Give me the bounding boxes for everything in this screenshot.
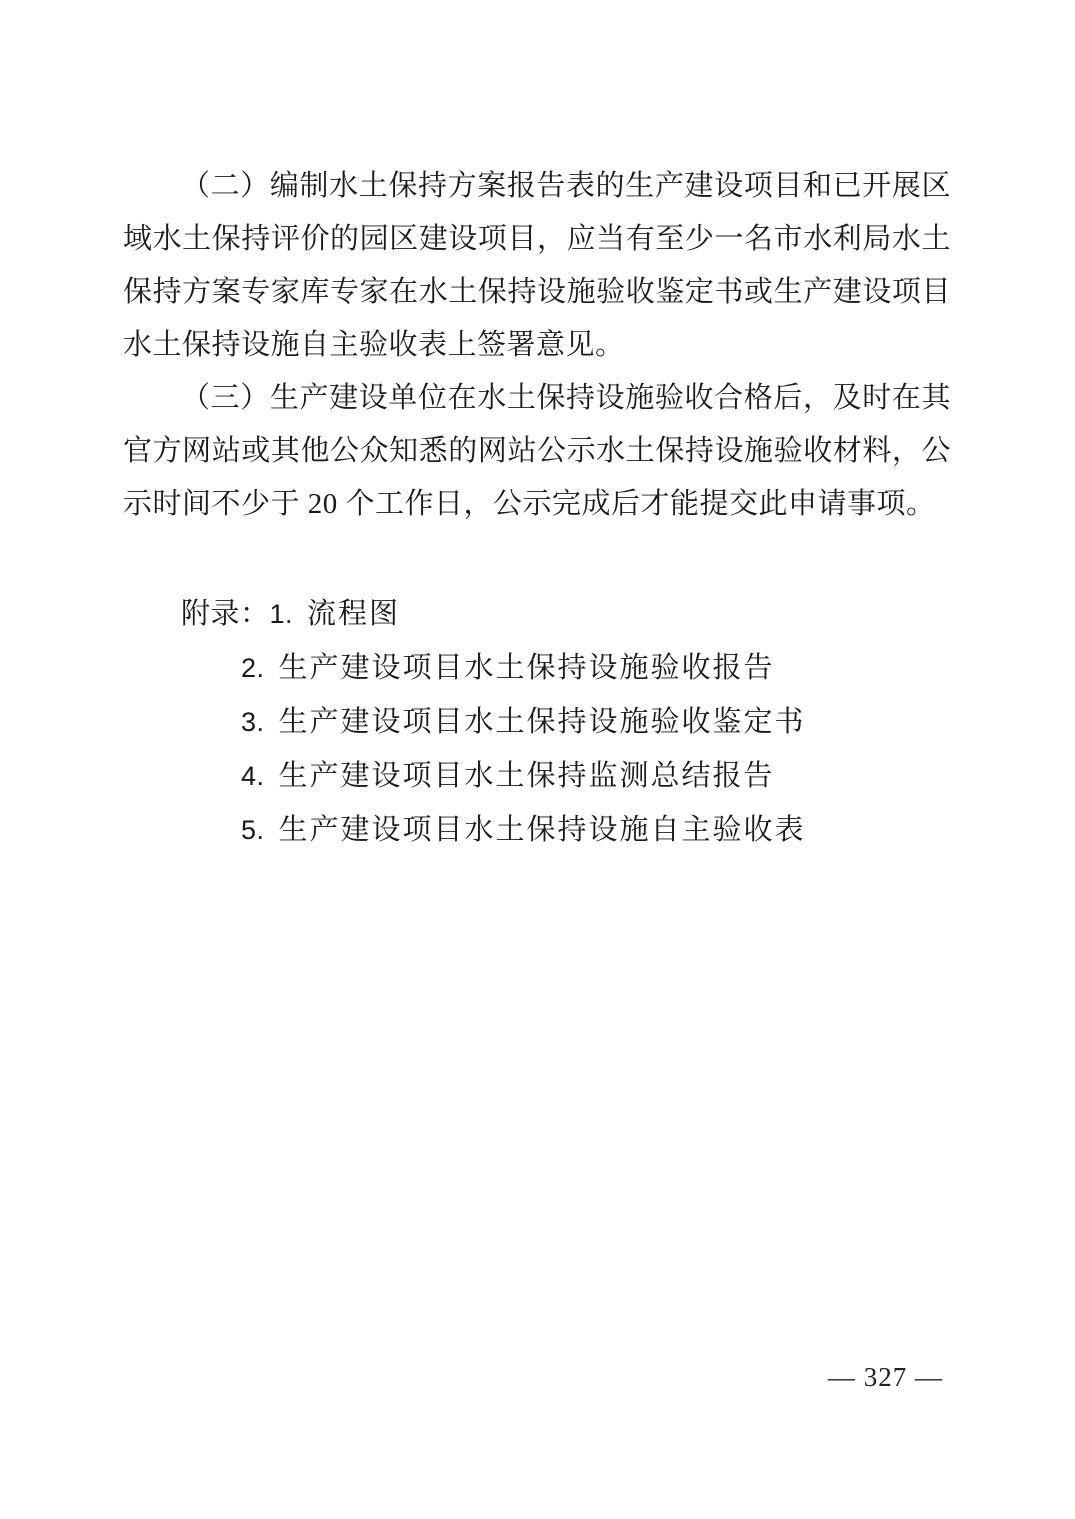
appendix-item-number: 5. [241, 803, 265, 857]
appendix-items: 2. 生产建设项目水土保持设施验收报告 3. 生产建设项目水土保持设施验收鉴定书… [123, 641, 951, 857]
document-body: （二）编制水土保持方案报告表的生产建设项目和已开展区域水土保持评价的园区建设项目… [123, 160, 951, 857]
page-number: — 327 — [828, 1362, 943, 1393]
appendix-item-number: 3. [241, 695, 265, 749]
appendix-item-title: 生产建设项目水土保持设施自主验收表 [279, 803, 806, 857]
appendix-item-1: 1. 流程图 [270, 587, 401, 641]
appendix-item-5: 5. 生产建设项目水土保持设施自主验收表 [241, 803, 951, 857]
appendix-item-number: 4. [241, 749, 265, 803]
paragraph-item-2: （二）编制水土保持方案报告表的生产建设项目和已开展区域水土保持评价的园区建设项目… [123, 160, 951, 372]
appendix-item-title: 生产建设项目水土保持监测总结报告 [279, 749, 775, 803]
appendix-list: 附录： 1. 流程图 2. 生产建设项目水土保持设施验收报告 3. 生产建设项目… [123, 587, 951, 857]
appendix-item-3: 3. 生产建设项目水土保持设施验收鉴定书 [241, 695, 951, 749]
document-page: （二）编制水土保持方案报告表的生产建设项目和已开展区域水土保持评价的园区建设项目… [0, 0, 1075, 1519]
appendix-row-1: 附录： 1. 流程图 [181, 587, 951, 641]
paragraph-item-3: （三）生产建设单位在水土保持设施验收合格后，及时在其官方网站或其他公众知悉的网站… [123, 372, 951, 531]
appendix-item-title: 流程图 [307, 587, 400, 641]
appendix-item-title: 生产建设项目水土保持设施验收报告 [279, 641, 775, 695]
appendix-item-number: 1. [270, 587, 294, 641]
appendix-label: 附录： [181, 587, 270, 641]
appendix-item-number: 2. [241, 641, 265, 695]
appendix-item-2: 2. 生产建设项目水土保持设施验收报告 [241, 641, 951, 695]
appendix-item-4: 4. 生产建设项目水土保持监测总结报告 [241, 749, 951, 803]
appendix-item-title: 生产建设项目水土保持设施验收鉴定书 [279, 695, 806, 749]
